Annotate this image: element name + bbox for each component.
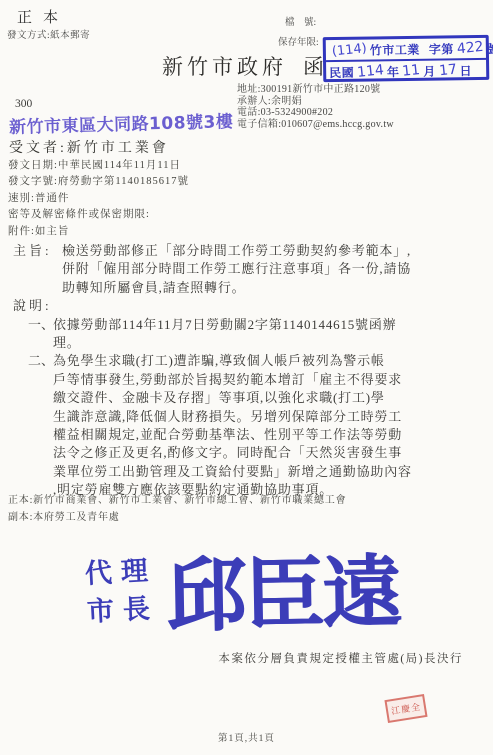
file-number-label: 檔 號: [285,14,316,28]
stamp-year-unit: 年 [387,63,400,80]
stamp-era: 民國 [329,63,354,80]
stamp-unit: 竹市工業 [370,40,420,58]
contact-email: 電子信箱:010607@ems.hccg.gov.tw [237,119,394,131]
priority: 速別:普通件 [8,191,189,207]
page-footer: 第1頁,共1頁 [0,730,493,744]
signature-title-char: 理 [120,552,158,592]
receipt-stamp-date-row: 民國 114 年 11 月 17 日 [326,60,486,82]
doc-type: 函 [303,55,324,79]
approval-seal: 江慶全 [384,694,427,723]
description-item-2-cont: 法令之修正及更名,酌修文字。同時配合「天然災害發生事 [13,444,483,462]
contact-person: 承辦人:余明娟 [237,96,394,108]
stamp-day: 17 [438,62,457,80]
document-body: 主旨: 檢送勞動部修正「部分時間工作勞工勞動契約參考範本」, 併附「僱用部分時間… [13,242,483,499]
signature-title-char: 代 [84,554,122,594]
description-item-2-cont: 繳交證件、金融卡及存摺」等事項,以強化求職(打工)學 [13,389,483,407]
recipient-line: 受文者:新竹市工業會 [9,137,169,157]
item-1-text: 依據勞動部114年11月7日勞動關2字第1140144615號函辦 [53,317,396,332]
item-1-marker: 一、 [28,316,54,334]
stamp-month-unit: 月 [423,62,436,79]
description-item-1: 一、 依據勞動部114年11月7日勞動關2字第1140144615號函辦 [13,316,483,334]
description-label-text: 說明: [13,297,52,315]
stamp-year: 114 [356,62,384,81]
signature-name: 邱臣遠 [165,546,401,646]
signature-title-char: 市 [86,592,124,632]
signature-title: 代 理 市 長 [84,552,160,632]
document-title: 新竹市政府函 [162,51,324,81]
stamp-month: 11 [402,62,421,80]
subject-line: 助轉知所屬會員,請查照轉行。 [13,279,483,297]
distribution-original: 正本:新竹市商業會、新竹市工業會、新竹市總工會、新竹市職業總工會 [8,493,346,510]
attachment: 附件:如主旨 [8,224,189,240]
signature-title-char: 長 [122,590,160,630]
receipt-stamp-number-row: (114) 竹市工業 字第 422 號 [326,38,486,62]
contact-block: 地址:300191新竹市中正路120號 承辦人:余明娟 電話:03-532490… [237,84,394,130]
description-item-1-cont: 理。 [13,334,483,352]
mayor-signature: 代 理 市 長 邱臣遠 [86,548,400,644]
description-label: 說明: [13,297,483,315]
postal-code: 300 [15,98,32,110]
stamp-day-unit: 日 [459,62,472,79]
item-2-text: 為免學生求職(打工)遭詐騙,導致個人帳戶被列為警示帳 [53,353,385,368]
stamp-word-no-prefix: 字第 [429,40,454,57]
subject-label: 主旨: [13,242,52,260]
retention-period-label: 保存年限: [278,34,319,48]
agency-name: 新竹市政府 [162,55,287,79]
classification: 密等及解密條件或保密期限: [8,207,189,223]
distribution-block: 正本:新竹市商業會、新竹市工業會、新竹市總工會、新竹市職業總工會 副本:本府勞工… [8,493,346,526]
meta-block: 發文日期:中華民國114年11月11日 發文字號:府勞動字第1140185617… [8,158,189,240]
description-item-2-cont: 生識詐意識,降低個人財務損失。另增列保障部分工時勞工 [13,408,483,426]
description-item-2-cont: 戶等情事發生,勞動部於旨揭契約範本增訂「雇主不得要求 [13,371,483,389]
description-item-2-cont: 業單位勞工出勤管理及工資給付要點」新增之通勤協助內容 [13,463,483,481]
issue-date: 發文日期:中華民國114年11月11日 [8,158,189,174]
item-2-marker: 二、 [28,352,54,370]
description-item-2: 二、 為免學生求職(打工)遭詐騙,導致個人帳戶被列為警示帳 [13,352,483,370]
description-item-2-cont: 權益相關規定,並配合勞動基準法、性別平等工作法等勞動 [13,426,483,444]
subject-line: 併附「僱用部分時間工作勞工應行注意事項」各一份,請協 [13,260,483,278]
issue-number: 發文字號:府勞動字第1140185617號 [8,174,189,190]
stamp-doc-number: 422 [456,39,484,58]
contact-phone: 電話:03-5324900#202 [237,107,394,119]
stamp-word-no-suffix: 號 [486,39,493,56]
copy-type-label: 正本 [17,6,69,27]
delivery-method-label: 發文方式:紙本郵寄 [7,27,90,41]
subject-line: 主旨: 檢送勞動部修正「部分時間工作勞工勞動契約參考範本」, [13,242,483,260]
distribution-copy: 副本:本府勞工及青年處 [8,510,346,527]
stamp-year-prefix: (114) [331,41,367,59]
handwritten-address: 新竹市東區大同路108號3樓 [9,107,234,138]
subject-text: 檢送勞動部修正「部分時間工作勞工勞動契約參考範本」, [62,243,411,258]
receipt-stamp: (114) 竹市工業 字第 422 號 民國 114 年 11 月 17 日 [323,35,490,82]
authorization-note: 本案依分層負責規定授權主管處(局)長決行 [218,650,463,666]
contact-address: 地址:300191新竹市中正路120號 [237,84,394,96]
